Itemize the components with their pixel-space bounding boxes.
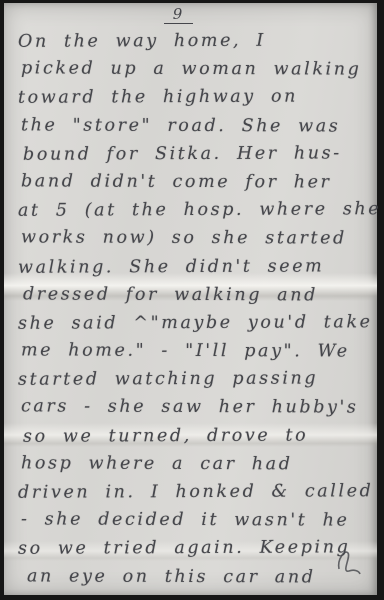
handwritten-line: she said ^"maybe you'd take [18, 308, 375, 338]
handwritten-line: the "store" road. She was [18, 111, 375, 140]
page-number: 9 [4, 5, 377, 24]
handwritten-line: toward the highway on [18, 83, 375, 113]
letter-body: On the way home, Ipicked up a woman walk… [18, 27, 375, 591]
scanned-letter-page: 9 On the way home, Ipicked up a woman wa… [4, 3, 377, 595]
handwritten-line: me home." - "I'll pay". We [18, 336, 375, 365]
handwritten-line: cars - she saw her hubby's [18, 393, 375, 422]
handwritten-line: walking. She didn't seem [18, 252, 375, 282]
handwritten-line: so we tried again. Keeping [18, 534, 375, 564]
handwritten-line: driven in. I honked & called [18, 477, 375, 507]
handwritten-line: works now) so she started [18, 224, 375, 253]
handwritten-line: band didn't come for her [18, 167, 375, 196]
handwritten-line: - she decided it wasn't he [18, 506, 375, 535]
handwritten-line: started watching passing [18, 364, 375, 394]
handwritten-line: On the way home, I [18, 26, 375, 56]
handwritten-line: dressed for walking and [18, 280, 375, 309]
handwritten-line: an eye on this car and [18, 562, 375, 591]
handwritten-line: at 5 (at the hosp. where she [18, 195, 375, 225]
handwritten-line: picked up a woman walking [18, 55, 375, 84]
handwritten-line: so we turned, drove to [18, 421, 375, 451]
page-number-value: 9 [164, 5, 194, 24]
handwritten-line: bound for Sitka. Her hus- [18, 139, 375, 169]
handwritten-line: hosp where a car had [18, 449, 375, 478]
